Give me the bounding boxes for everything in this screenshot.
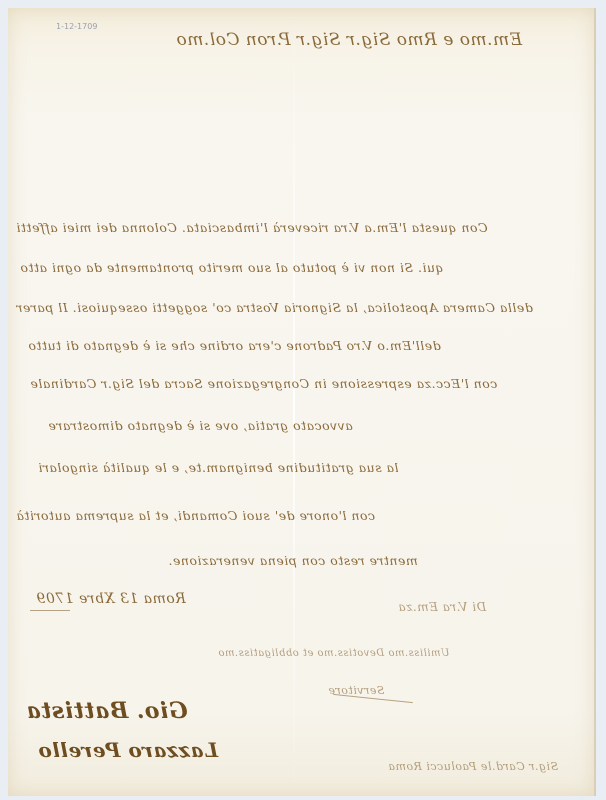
body-line: dell'Em.o V.ro Padrone c'era ordine che … <box>28 338 441 353</box>
body-line: mentre resto con piena venerazione. <box>168 553 418 568</box>
body-line: con l'onore de' suoi Comandi, et la supr… <box>16 508 375 523</box>
manuscript-page: 1-12-1709 Em.mo e Rmo Sig.r Sig.r P.ron … <box>8 8 596 796</box>
body-line: avvocato gratia, ove si è degnato dimost… <box>48 418 353 433</box>
body-line: qui. Si non vi è potuto al suo merito pr… <box>20 260 444 275</box>
signature-line-2: Lazzaro Perello <box>38 738 218 762</box>
addressee-line: Sig.r Card.le Paolucci Roma <box>388 760 558 773</box>
closing-line: Umiliss.mo Devotiss.mo et obbligatiss.mo <box>218 648 449 659</box>
signature-line-1: Gio. Battista <box>26 698 188 724</box>
letter-salutation-header: Em.mo e Rmo Sig.r Sig.r P.ron Col.mo <box>176 30 522 50</box>
body-line: della Camera Apostolica, la Signoria Vos… <box>16 300 533 315</box>
dateline-underline <box>30 610 70 611</box>
closing-line: Di V.ra Em.za <box>398 600 486 614</box>
page-fold-crease <box>293 8 295 796</box>
pencil-reference-note: 1-12-1709 <box>56 22 97 31</box>
body-line: Con questa l'Em.a V.ra riceverà l'imbasc… <box>16 220 488 235</box>
body-line: con l'Ecc.za espressione in Congregazion… <box>30 376 497 391</box>
dateline: Roma 13 Xbre 1709 <box>36 591 186 607</box>
body-line: la sua gratitudine benignam.te, e le qua… <box>38 460 399 475</box>
